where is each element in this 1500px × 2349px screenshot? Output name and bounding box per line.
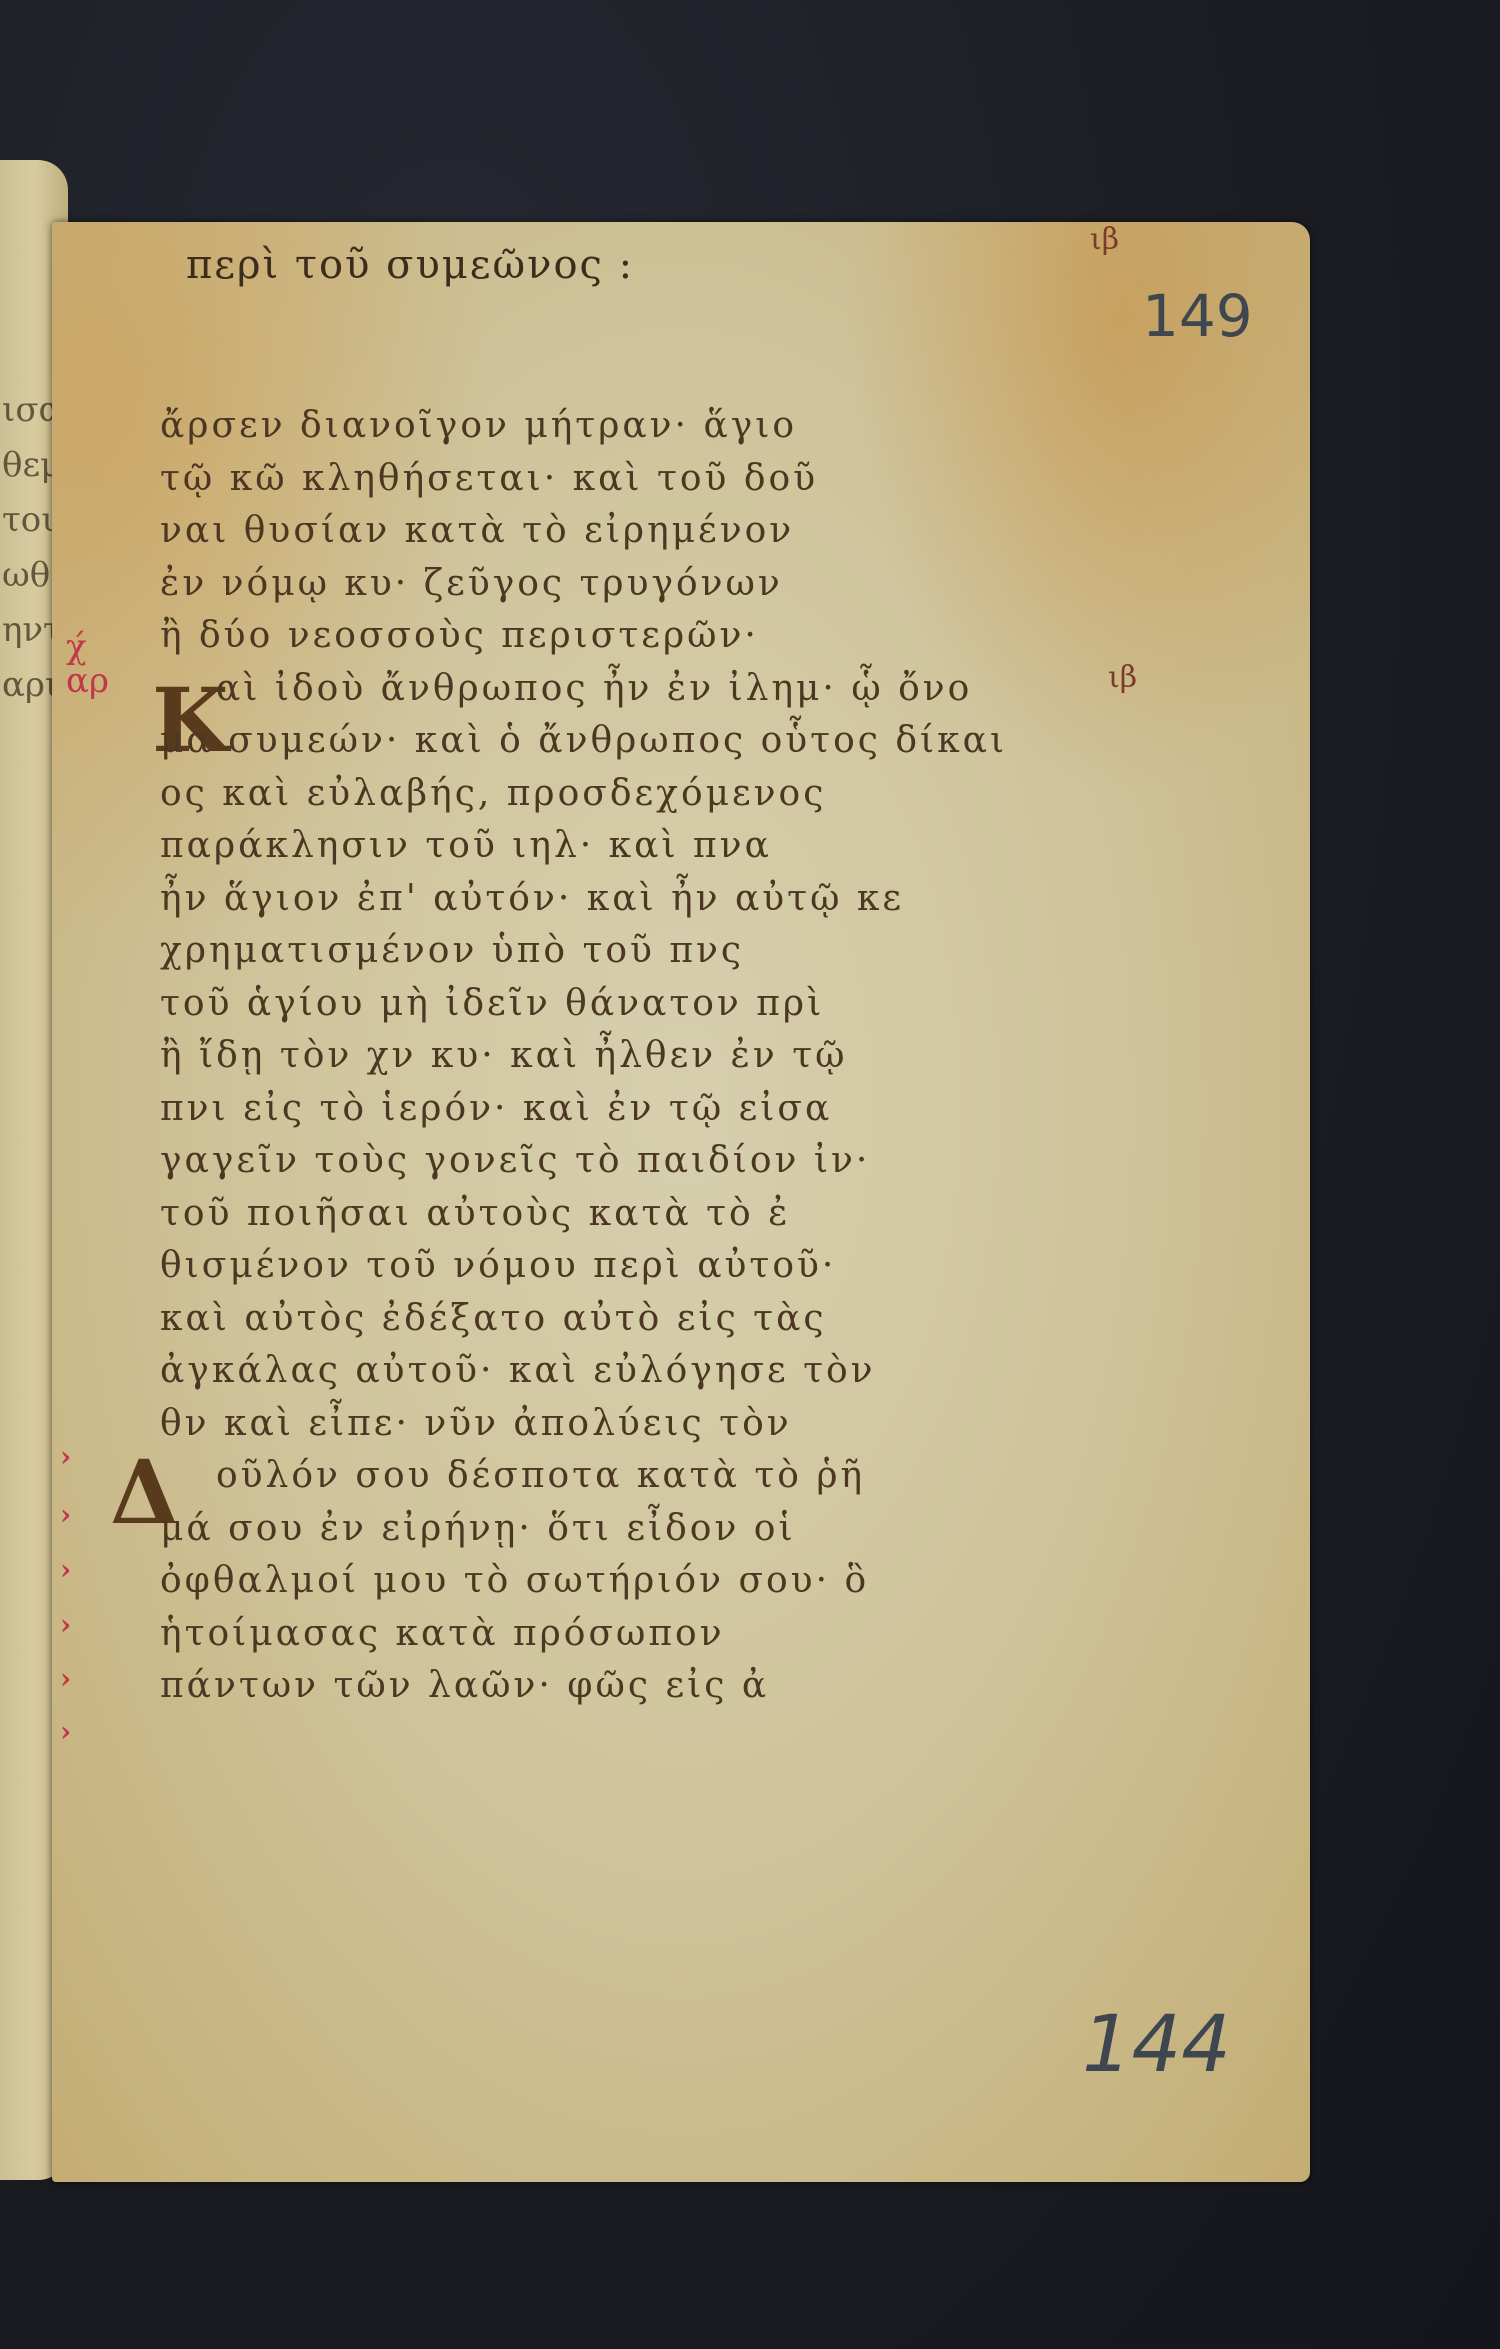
folio-number-top: 149 [1142,282,1253,350]
text-line: θισμένον τοῦ νόμου περὶ αὐτοῦ· [160,1240,1040,1293]
text-line: ναι θυσίαν κατὰ τὸ εἰρημένον [160,505,1040,558]
text-line: μά σου ἐν εἰρήνῃ· ὅτι εἶδον οἱ [160,1503,1040,1556]
page-title: περὶ τοῦ συμεῶνος : [186,242,634,288]
text-line: γαγεῖν τοὺς γονεῖς τὸ παιδίον ἰν· [160,1135,1040,1188]
text-line: καὶ αὐτὸς ἐδέξατο αὐτὸ εἰς τὰς [160,1293,1040,1346]
diple-marker: › [60,1553,71,1586]
text-line: ἡτοίμασας κατὰ πρόσωπον [160,1608,1040,1661]
text-line: ἐν νόμῳ κυ· ζεῦγος τρυγόνων [160,558,1040,611]
text-line: ἢ ἴδῃ τὸν χν κυ· καὶ ἦλθεν ἐν τῷ [160,1030,1040,1083]
diple-marker: › [60,1662,71,1695]
text-line: χρηματισμένον ὑπὸ τοῦ πνς [160,925,1040,978]
text-line: παράκλησιν τοῦ ιηλ· καὶ πνα [160,820,1040,873]
text-line: ὀφθαλμοί μου τὸ σωτήριόν σου· ὃ [160,1555,1040,1608]
quire-mark: ιβ [1108,660,1137,695]
text-line: ἀγκάλας αὐτοῦ· καὶ εὐλόγησε τὸν [160,1345,1040,1398]
text-line: πάντων τῶν λαῶν· φῶς εἰς ἀ [160,1660,1040,1713]
folio-number-bottom: 144 [1082,2000,1231,2090]
text-line: τοῦ ἁγίου μὴ ἰδεῖν θάνατον πρὶ [160,978,1040,1031]
diple-marker: › [60,1440,71,1473]
text-line: πνι εἰς τὸ ἱερόν· καὶ ἐν τῷ εἰσα [160,1083,1040,1136]
text-line: ἢ δύο νεοσσοὺς περιστερῶν· [160,610,1040,663]
text-line: αὶ ἰδοὺ ἄνθρωπος ἦν ἐν ἰλημ· ᾧ ὄνο [160,663,1040,716]
text-line: τῷ κῶ κληθήσεται· καὶ τοῦ δοῦ [160,453,1040,506]
text-block: ἄρσεν διανοῖγον μήτραν· ἅγιο τῷ κῶ κληθή… [160,400,1040,1713]
quire-mark: ιβ [1090,222,1119,257]
text-line: θν καὶ εἶπε· νῦν ἀπολύεις τὸν [160,1398,1040,1451]
text-line: μα συμεών· καὶ ὁ ἄνθρωπος οὗτος δίκαι [160,715,1040,768]
text-line: ος καὶ εὐλαβής, προσδεχόμενος [160,768,1040,821]
text-line: ἦν ἅγιον ἐπ' αὐτόν· καὶ ἦν αὐτῷ κε [160,873,1040,926]
diple-marker: › [60,1498,71,1531]
diple-marker: › [60,1608,71,1641]
diple-marker: › [60,1715,71,1748]
text-line: οῦλόν σου δέσποτα κατὰ τὸ ῥῆ [160,1450,1040,1503]
text-line: τοῦ ποιῆσαι αὐτοὺς κατὰ τὸ ἐ [160,1188,1040,1241]
margin-rubric: χ́ αρ [66,630,106,698]
text-line: ἄρσεν διανοῖγον μήτραν· ἅγιο [160,400,1040,453]
